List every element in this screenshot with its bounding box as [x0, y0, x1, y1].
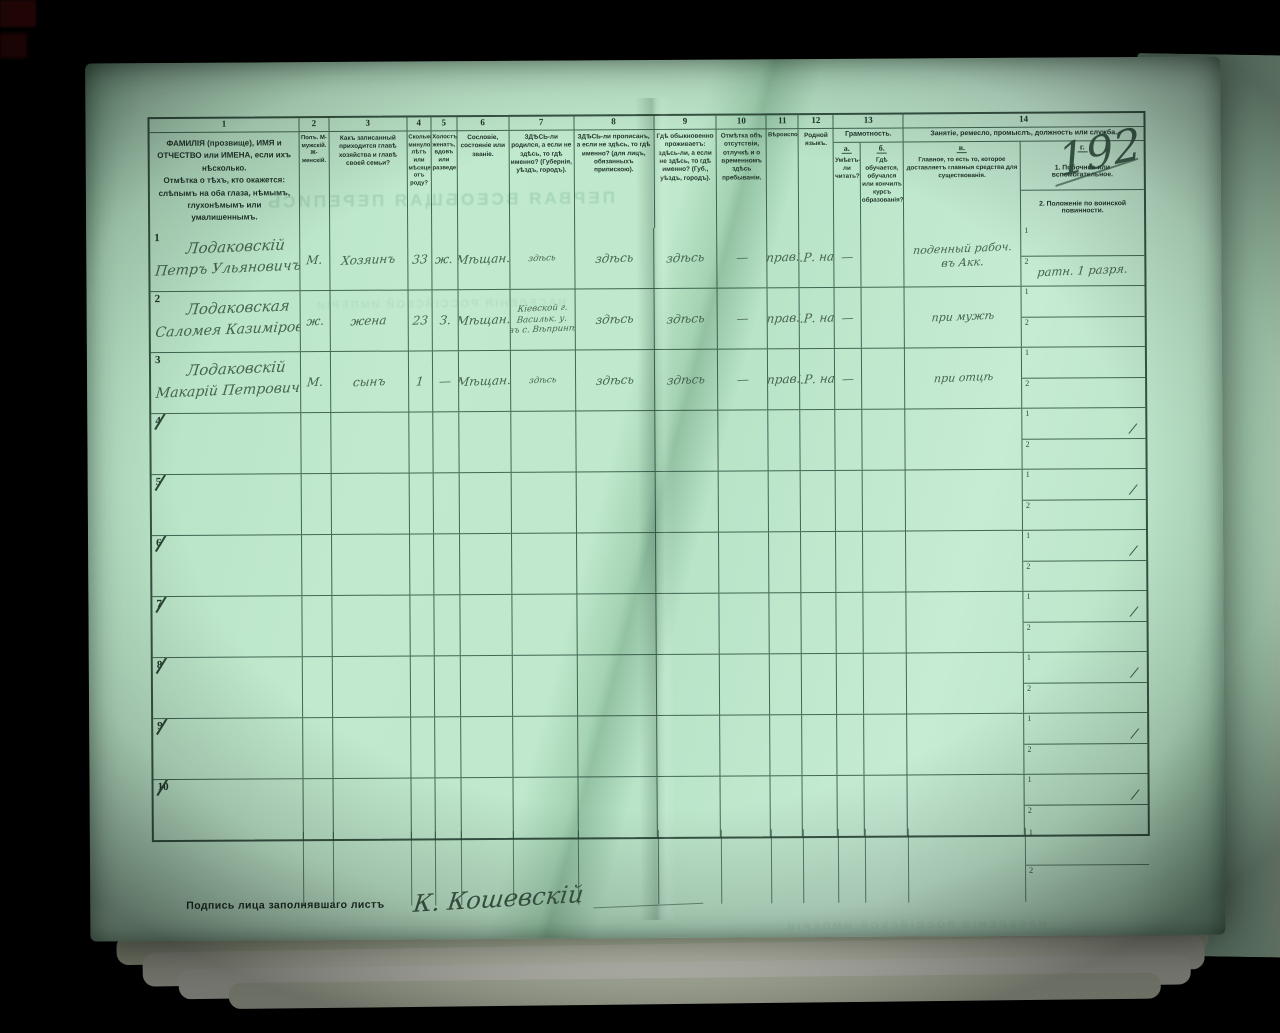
handwriting: —	[735, 250, 748, 264]
cell-absence	[719, 471, 769, 531]
table-row: 41∕2	[151, 408, 1145, 475]
side-occupation-subcell: 1∕	[1023, 591, 1146, 622]
signature-row: Подпись лица заполнявшаго листъ К. Кошев…	[186, 884, 703, 915]
cell-lit_a	[837, 715, 864, 775]
header-col-6: 6 Сословіе, состояніе или званіе.	[457, 117, 510, 229]
col-3-title: Какъ записанный приходится главѣ хозяйст…	[329, 132, 407, 230]
row-number: 8	[157, 659, 163, 671]
cell-born: Кіевской г.Васильк. у.въ с. Вѣпринѣ	[510, 290, 575, 350]
cell-relation	[333, 718, 411, 778]
cell-estate: Мѣщан.	[458, 229, 510, 289]
cell-lit_b	[863, 470, 906, 530]
cell-absence: —	[718, 227, 768, 287]
handwriting: З.	[439, 313, 452, 327]
cell-age	[409, 412, 433, 472]
military-status-subcell: 2ратн. 1 разря.	[1021, 256, 1144, 286]
cell-marital	[434, 595, 460, 655]
handwriting: прав.	[768, 372, 800, 387]
printed-sub-number: 2	[1029, 865, 1033, 874]
cell-resides	[657, 594, 720, 654]
cell-lit_b	[864, 592, 907, 652]
row-number: 6	[156, 537, 162, 549]
cell-side-occupation: 1∕2	[1023, 530, 1146, 591]
military-status-subcell: 2	[1023, 439, 1146, 469]
cell-religion	[770, 715, 802, 775]
cell-born: здѣсь	[511, 351, 576, 411]
red-stamp-mark-bottom	[0, 33, 27, 58]
printed-sub-number: 2	[1026, 561, 1030, 570]
side-occupation-subcell: 1∕	[1024, 652, 1147, 683]
cell-estate: Мѣщан.	[459, 351, 511, 411]
sub-label-v: в.	[957, 143, 967, 153]
cell-age	[411, 778, 435, 838]
cell-absence	[720, 654, 770, 714]
cell-sex	[302, 596, 332, 656]
cell-sex: М.	[301, 352, 331, 412]
cell-side-occupation: 12	[1022, 286, 1145, 347]
handwriting-line: въ с. Вѣпринѣ	[510, 324, 575, 338]
cell-lit_b	[863, 409, 906, 469]
cell-occ	[907, 653, 1024, 714]
handwriting: —	[841, 250, 854, 264]
cell-religion	[770, 593, 802, 653]
table-row: 51∕2	[152, 469, 1146, 536]
cell-sex: ж.	[300, 291, 330, 351]
cell-lit_b	[864, 653, 907, 713]
cell-name: 10	[154, 779, 304, 840]
cell-absence: —	[718, 349, 768, 409]
col-1-title: ФАМИЛІЯ (прозвище), ИМЯ и ОТЧЕСТВО или И…	[150, 132, 299, 231]
header-col-5: 5 Холостъ, женатъ, вдовъ или разведенъ.	[431, 117, 458, 229]
rule-extension	[839, 829, 866, 903]
printed-sub-number: 2	[1026, 500, 1030, 509]
header-col-13b: б. Гдѣ обучается, обучался или кончилъ к…	[861, 142, 904, 226]
open-census-book: ПЕРВАЯ ВСЕОБЩАЯ ПЕРЕПИСЬ НАСЕЛЕНІЯ РОССІ…	[85, 53, 1231, 1012]
cell-language	[801, 471, 836, 531]
given-name-handwriting: Саломея Казиміровна	[155, 318, 301, 341]
cell-relation	[332, 535, 410, 595]
header-col-2: 2 Полъ. М-мужскій. Ж-женскій.	[299, 118, 330, 230]
col-number: 12	[799, 115, 833, 129]
handwriting: здѣсь	[667, 372, 707, 388]
cell-estate	[461, 778, 513, 838]
cell-resides: здѣсь	[655, 350, 718, 410]
cell-lit_b	[861, 226, 904, 286]
cell-age	[410, 595, 434, 655]
cell-registered	[577, 594, 657, 654]
handwriting-line: здѣсь	[528, 375, 556, 387]
printed-sub-number: 1	[1027, 714, 1031, 723]
col-number: 5	[431, 117, 456, 131]
cell-occ	[908, 775, 1025, 836]
handwriting: Мѣщан.	[458, 312, 510, 328]
header-col-7: 7 ЗДѢСЬ-ли родился, а если не здѣсь, то …	[509, 117, 575, 229]
cell-religion: прав.	[768, 227, 800, 287]
military-status-subcell: 2	[1024, 622, 1147, 652]
table-row: 91∕2	[153, 713, 1147, 780]
cell-absence	[720, 593, 770, 653]
col-14v-title: Главное, то есть то, которое доставляетъ…	[904, 154, 1020, 227]
cell-religion	[769, 471, 801, 531]
header-col-1: 1 ФАМИЛІЯ (прозвище), ИМЯ и ОТЧЕСТВО или…	[149, 118, 300, 231]
cell-registered	[576, 472, 656, 532]
handwriting-line: въ Акк.	[941, 255, 985, 271]
row-number: 7	[156, 598, 162, 610]
cell-lit_a	[838, 776, 865, 836]
col-14g-military-title: 2. Положеніе по воинской повинности.	[1021, 190, 1144, 226]
cell-resides	[658, 777, 721, 837]
cell-lit_a: —	[834, 227, 861, 287]
rule-extension	[866, 828, 909, 902]
printed-sub-number: 2	[1026, 439, 1030, 448]
printed-sub-number: 1	[1027, 653, 1031, 662]
cell-absence	[721, 715, 771, 775]
header-col-14v: в. Главное, то есть то, которое доставля…	[904, 142, 1021, 227]
side-occupation-subcell: 1∕	[1022, 408, 1145, 439]
col-8-title: ЗДѢСЬ-ли прописанъ, а если не здѣсь, то …	[574, 130, 654, 228]
handwriting: М.Р. нар.	[800, 371, 835, 387]
cell-name: 1ЛодаковскійПетръ Ульяновичъ	[150, 230, 300, 291]
side-occupation-subcell: 1	[1022, 347, 1145, 378]
col-number: 3	[329, 118, 406, 132]
col-number: 6	[457, 117, 508, 131]
sub-label-b: б.	[877, 144, 887, 154]
table-row: 2ЛодаковскаяСаломея Казиміровнаж.жена23З…	[151, 286, 1145, 353]
col-number: 9	[654, 116, 716, 130]
header-col-13-literacy: 13 Грамотность. а. Умѣетъ-ли читать? б. …	[834, 114, 905, 226]
cell-name: 9	[153, 718, 303, 779]
printed-sub-number: 1	[1025, 348, 1029, 357]
handwriting: здѣсь	[666, 311, 706, 327]
cell-registered	[578, 716, 658, 776]
handwriting: 33	[411, 252, 428, 267]
rule-extension	[722, 829, 772, 903]
cell-religion	[769, 532, 801, 592]
cell-age: 23	[408, 290, 432, 350]
cell-name: 7	[152, 596, 302, 657]
cell-language	[802, 654, 837, 714]
table-row: 61∕2	[152, 530, 1146, 597]
cell-relation: жена	[330, 291, 408, 351]
cell-name: 8	[153, 657, 303, 718]
cell-marital: З.	[432, 290, 458, 350]
cell-name: 3ЛодаковскійМакарій Петровичъ	[151, 352, 301, 413]
printed-sub-number: 2	[1027, 683, 1031, 692]
military-status-subcell: 2	[1024, 744, 1147, 774]
cell-relation	[331, 474, 409, 534]
cell-occ	[906, 531, 1023, 592]
tick-mark: ∕	[1129, 481, 1137, 498]
cell-registered: здѣсь	[575, 289, 655, 349]
sub-label-a: а.	[842, 144, 852, 154]
cell-age	[410, 656, 434, 716]
cell-sex	[301, 474, 331, 534]
rule-extension	[772, 829, 804, 903]
rule-extension	[804, 829, 839, 903]
surname-handwriting: Лодаковская	[186, 296, 291, 318]
military-status-subcell: 2	[1025, 805, 1148, 835]
header-col-8: 8 ЗДѢСЬ-ли прописанъ, а если не здѣсь, т…	[574, 116, 655, 228]
handwriting: Мѣщан.	[459, 373, 511, 389]
cell-religion	[771, 776, 803, 836]
handwriting: 23	[412, 313, 429, 328]
cell-language: М.Р. нар.	[800, 288, 835, 348]
surname-handwriting: Лодаковскій	[186, 358, 287, 380]
header-col-9: 9 Гдѣ обыкновенно проживаетъ: здѣсь-ли, …	[654, 116, 718, 228]
handwriting: прав.	[768, 250, 800, 265]
header-col-11: 11 Вѣроисповѣданіе.	[767, 115, 800, 227]
cell-language: М.Р. нар.	[799, 227, 834, 287]
handwriting: М.Р. нар.	[800, 310, 835, 326]
col-13b-title: Гдѣ обучается, обучался или кончилъ курс…	[861, 154, 904, 226]
cell-marital	[435, 778, 461, 838]
cell-occ: при мужѣ	[905, 287, 1022, 348]
cell-sex	[303, 779, 333, 839]
handwriting: —	[842, 372, 855, 386]
cell-estate	[459, 473, 511, 533]
col-4-title: Сколько минуло лѣтъ или мѣсяцевъ отъ род…	[407, 131, 431, 229]
col-number: 7	[509, 117, 573, 131]
cell-lit_b	[863, 531, 906, 591]
cell-side-occupation: 1∕2	[1025, 774, 1148, 835]
given-name-handwriting: Петръ Ульяновичъ	[154, 258, 300, 280]
col-9-title: Гдѣ обыкновенно проживаетъ: здѣсь-ли, а …	[654, 130, 717, 228]
tick-mark: ∕	[1131, 725, 1139, 742]
cell-language	[802, 593, 837, 653]
signature-label: Подпись лица заполнявшаго листъ	[186, 899, 384, 912]
col-number: 2	[299, 118, 328, 132]
col-11-title: Вѣроисповѣданіе.	[767, 129, 799, 227]
cell-absence	[721, 776, 771, 836]
printed-sub-number: 2	[1027, 744, 1031, 753]
cell-religion	[769, 410, 801, 470]
cell-language	[802, 715, 837, 775]
handwriting: ратн. 1 разря.	[1037, 262, 1129, 280]
cell-registered	[577, 533, 657, 593]
col-number: 4	[407, 117, 430, 131]
census-table: 1 ФАМИЛІЯ (прозвище), ИМЯ и ОТЧЕСТВО или…	[147, 111, 1149, 842]
cell-lit_a	[836, 471, 863, 531]
surname-handwriting: Лодаковскій	[185, 236, 286, 258]
cell-occ	[906, 470, 1023, 531]
col-5-title: Холостъ, женатъ, вдовъ или разведенъ.	[431, 131, 457, 229]
cell-estate	[460, 656, 512, 716]
cell-side-occupation: 12	[1022, 347, 1145, 408]
cell-language	[801, 410, 836, 470]
col-1-line1: ФАМИЛІЯ (прозвище), ИМЯ и ОТЧЕСТВО или И…	[157, 138, 291, 172]
table-row: 81∕2	[153, 652, 1147, 719]
handwriting: М.Р. нар.	[799, 249, 834, 265]
cell-marital	[433, 412, 459, 472]
cell-lit_a	[836, 410, 863, 470]
handwriting: жена	[350, 313, 387, 328]
cell-religion: прав.	[768, 288, 800, 348]
printed-sub-number: 2	[1028, 805, 1032, 814]
handwriting: здѣсь	[595, 372, 635, 388]
cell-age	[411, 717, 435, 777]
handwriting-line: при мужѣ	[931, 309, 995, 326]
cell-born	[512, 655, 577, 715]
row-number: 2	[155, 293, 161, 305]
cell-born	[513, 777, 578, 837]
handwriting: Мѣщан.	[458, 251, 510, 267]
cell-language	[803, 776, 838, 836]
cell-born	[513, 716, 578, 776]
header-col-12: 12 Родной языкъ.	[799, 115, 835, 227]
printed-sub-number: 1	[1026, 531, 1030, 540]
handwriting: —	[736, 372, 749, 386]
col-12-title: Родной языкъ.	[799, 129, 834, 227]
printed-sub-number: 1	[1026, 470, 1030, 479]
header-col-10: 10 Отмѣтка объ отсутствіи, отлучкѣ и о в…	[717, 115, 768, 227]
cell-occ	[905, 409, 1022, 470]
printed-sub-number: 1	[1028, 775, 1032, 784]
cell-age: 1	[409, 351, 433, 411]
row-number: 1	[154, 232, 160, 244]
cell-resides	[656, 472, 719, 532]
table-row: 101∕2	[154, 774, 1148, 840]
handwriting: —	[736, 311, 749, 325]
cell-estate	[459, 412, 511, 472]
handwriting: —	[841, 311, 854, 325]
red-stamp-mark-top	[0, 0, 36, 27]
side-occupation-subcell: 1∕	[1025, 774, 1148, 805]
cell-age: 33	[408, 229, 432, 289]
cell-resides	[656, 533, 719, 593]
cell-relation	[332, 596, 410, 656]
cell-resides	[656, 411, 719, 471]
cell-lit_a	[836, 532, 863, 592]
cell-born	[511, 411, 576, 471]
col-2-title: Полъ. М-мужскій. Ж-женскій.	[299, 132, 329, 230]
header-col-4: 4 Сколько минуло лѣтъ или мѣсяцевъ отъ р…	[407, 117, 432, 229]
cell-marital	[434, 656, 460, 716]
tick-mark: ∕	[1129, 420, 1137, 437]
cell-absence	[719, 410, 769, 470]
cell-marital	[433, 473, 459, 533]
cell-registered	[576, 411, 656, 471]
row-number: 3	[155, 354, 161, 366]
col-number: 11	[767, 115, 798, 129]
cell-estate	[461, 717, 513, 777]
cell-relation	[331, 413, 409, 473]
col-number: 1	[149, 118, 298, 133]
cell-sex	[303, 718, 333, 778]
row-number: 10	[158, 781, 169, 793]
cell-born: здѣсь	[510, 229, 575, 289]
cell-relation	[333, 657, 411, 717]
cell-resides: здѣсь	[655, 228, 718, 288]
cell-lit_b	[862, 287, 905, 347]
literacy-group-title: Грамотность.	[834, 128, 903, 142]
handwritten-signature: К. Кошевскій	[412, 880, 585, 918]
cell-sex	[301, 413, 331, 473]
rule-extension	[909, 828, 1026, 903]
handwriting: М.	[306, 253, 324, 268]
col-10-title: Отмѣтка объ отсутствіи, отлучкѣ и о врем…	[717, 129, 767, 227]
cell-relation: Хозяинъ	[330, 230, 408, 290]
col-6-title: Сословіе, состояніе или званіе.	[457, 131, 509, 229]
cell-marital	[434, 534, 460, 594]
handwriting: прав.	[768, 311, 800, 326]
side-occupation-subcell: 1∕	[1024, 713, 1147, 744]
col-1-line2: Отмѣтка о тѣхъ, кто окажется: слѣпымъ на…	[159, 175, 291, 222]
cell-born	[512, 594, 577, 654]
cell-registered	[577, 655, 657, 715]
rule-extension-side: 12	[1026, 827, 1149, 902]
military-status-subcell: 2	[1022, 378, 1145, 408]
cell-estate	[460, 595, 512, 655]
header-col-13a: а. Умѣетъ-ли читать?	[834, 143, 861, 227]
row-number: 5	[156, 476, 162, 488]
tick-mark: ∕	[1131, 664, 1139, 681]
cell-occ: поденный рабоч.въ Акк.	[904, 226, 1021, 287]
cell-side-occupation: 1∕2	[1022, 408, 1145, 469]
military-status-subcell: 2	[1023, 500, 1146, 530]
table-row: 1ЛодаковскійПетръ УльяновичъМ.Хозяинъ33ж…	[150, 225, 1144, 292]
cell-name: 5	[152, 474, 302, 535]
cell-lit_a	[837, 654, 864, 714]
cell-registered	[578, 777, 658, 837]
cell-marital: ж.	[432, 229, 458, 289]
cell-side-occupation: 12ратн. 1 разря.	[1021, 225, 1144, 286]
handwriting: М.	[307, 375, 325, 390]
cell-age	[409, 473, 433, 533]
row-number: 4	[155, 415, 161, 427]
handwriting-line: при отцѣ	[933, 370, 994, 387]
cell-sex: М.	[300, 230, 330, 290]
tick-mark: ∕	[1130, 542, 1138, 559]
cell-registered: здѣсь	[575, 228, 655, 288]
printed-sub-number: 1	[1026, 592, 1030, 601]
cell-language	[801, 532, 836, 592]
signature-rule	[593, 903, 703, 909]
cell-name: 2ЛодаковскаяСаломея Казиміровна	[151, 291, 301, 352]
handwriting: 1	[416, 374, 425, 388]
cell-marital: —	[433, 351, 459, 411]
cell-side-occupation: 1∕2	[1023, 591, 1146, 652]
cell-age	[410, 534, 434, 594]
handwriting: Хозяинъ	[341, 252, 397, 268]
cell-occ	[907, 714, 1024, 775]
table-header: 1 ФАМИЛІЯ (прозвище), ИМЯ и ОТЧЕСТВО или…	[149, 113, 1144, 231]
cell-resides: здѣсь	[655, 289, 718, 349]
given-name-handwriting: Макарій Петровичъ	[155, 379, 301, 401]
printed-sub-number: 1	[1025, 409, 1029, 418]
printed-sub-number: 1	[1025, 287, 1029, 296]
military-status-subcell: 2	[1023, 561, 1146, 591]
cell-lit_a: —	[835, 288, 862, 348]
tick-mark: ∕	[1131, 786, 1139, 803]
table-row: 3ЛодаковскійМакарій ПетровичъМ.сынъ1—Мѣщ…	[151, 347, 1145, 414]
cell-estate	[460, 534, 512, 594]
cell-absence	[719, 532, 769, 592]
side-occupation-subcell: 1∕	[1023, 469, 1146, 500]
printed-sub-number: 2	[1024, 256, 1028, 265]
cell-lit_b	[864, 714, 907, 774]
cell-relation	[333, 779, 411, 839]
cell-resides	[657, 655, 720, 715]
cell-religion: прав.	[768, 349, 800, 409]
handwriting: здѣсь	[666, 250, 706, 266]
cell-marital	[435, 717, 461, 777]
printed-sub-number: 2	[1025, 317, 1029, 326]
side-occupation-subcell: 1	[1022, 286, 1145, 317]
cell-lit_b	[865, 775, 908, 835]
cell-lit_a: —	[835, 349, 862, 409]
header-col-3: 3 Какъ записанный приходится главѣ хозяй…	[329, 118, 408, 230]
printed-sub-number: 2	[1027, 622, 1031, 631]
